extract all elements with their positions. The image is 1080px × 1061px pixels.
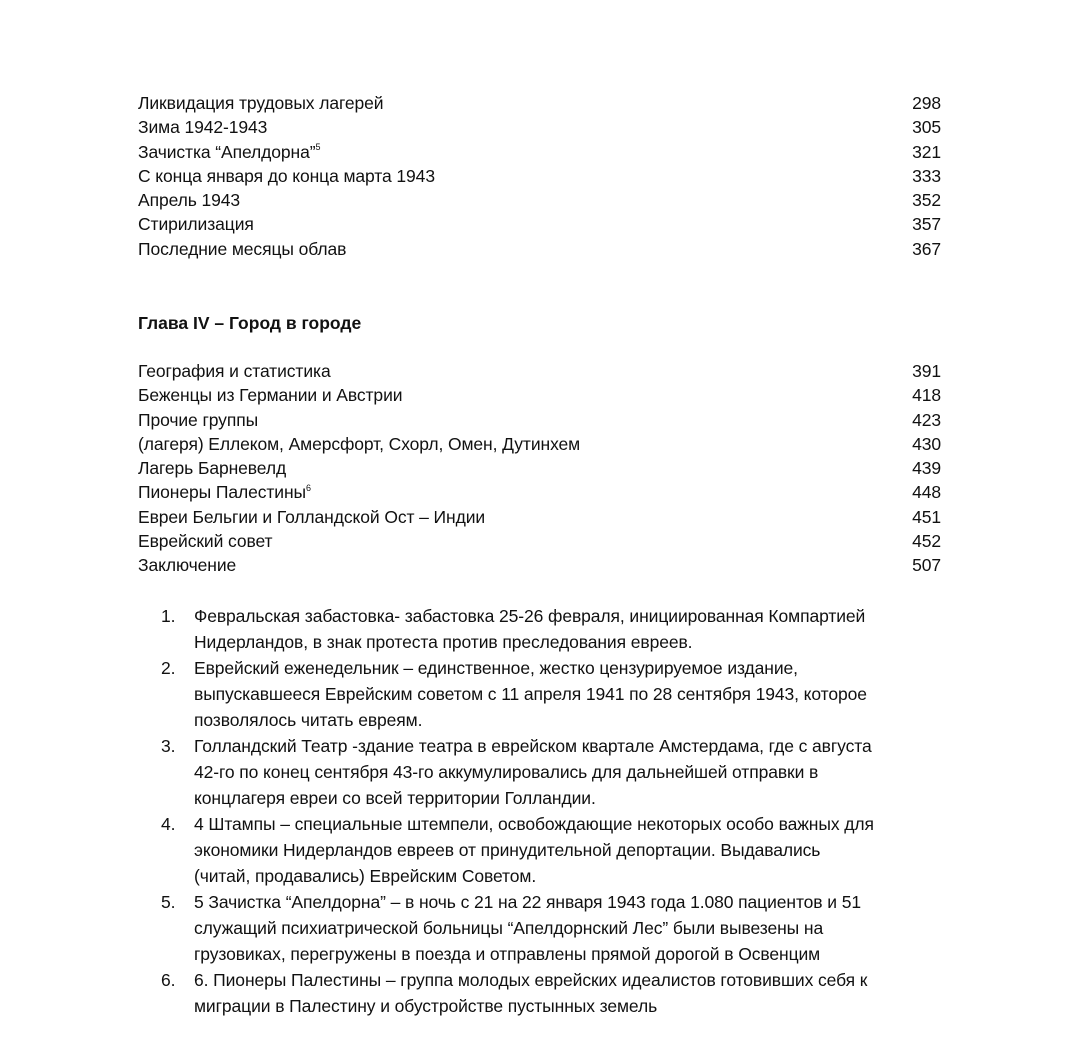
chapter-heading: Глава IV – Город в городе <box>138 311 361 335</box>
toc-entry-page: 448 <box>901 480 941 504</box>
toc-entry-page: 439 <box>901 456 941 480</box>
toc-entry: Последние месяцы облав 367 <box>138 237 941 261</box>
toc-entry-title: Беженцы из Германии и Австрии <box>138 383 402 407</box>
toc-entry-page: 507 <box>901 553 941 577</box>
toc-entry-page: 452 <box>901 529 941 553</box>
toc-entry-title: Еврейский совет <box>138 529 272 553</box>
toc-entry-title: Апрель 1943 <box>138 188 240 212</box>
toc-entry: Пионеры Палестины6 448 <box>138 480 941 504</box>
toc-entry: Зачистка “Апелдорна”5 321 <box>138 140 941 164</box>
footnote-number: 4. <box>138 811 194 889</box>
toc-entry-title: Ликвидация трудовых лагерей <box>138 91 383 115</box>
toc-entry-title: Лагерь Барневелд <box>138 456 286 480</box>
document-page: Ликвидация трудовых лагерей 298 Зима 194… <box>138 91 941 261</box>
toc-entry-title: Зачистка “Апелдорна”5 <box>138 140 320 164</box>
toc-entry: Стирилизация 357 <box>138 212 941 236</box>
footnote-number: 6. <box>138 967 194 1019</box>
toc-entry-page: 352 <box>901 188 941 212</box>
toc-entry-title: С конца января до конца марта 1943 <box>138 164 435 188</box>
footnote-number: 3. <box>138 733 194 811</box>
toc-entry-page: 391 <box>901 359 941 383</box>
toc-list-continued: Ликвидация трудовых лагерей 298 Зима 194… <box>138 91 941 261</box>
toc-list-chapter-4: География и статистика 391 Беженцы из Ге… <box>138 359 941 578</box>
toc-entry-page: 357 <box>901 212 941 236</box>
toc-entry-title: Евреи Бельгии и Голландской Ост – Индии <box>138 505 485 529</box>
toc-entry-title: Стирилизация <box>138 212 254 236</box>
footnote-number: 2. <box>138 655 194 733</box>
toc-entry-page: 298 <box>901 91 941 115</box>
footnotes-list: 1. Февральская забастовка- забастовка 25… <box>138 603 958 1019</box>
toc-entry-title: Прочие группы <box>138 408 258 432</box>
footnote: 1. Февральская забастовка- забастовка 25… <box>138 603 958 655</box>
toc-entry: Заключение 507 <box>138 553 941 577</box>
toc-entry-title: Зима 1942-1943 <box>138 115 267 139</box>
toc-entry: Беженцы из Германии и Австрии 418 <box>138 383 941 407</box>
toc-entry-title: Пионеры Палестины6 <box>138 480 311 504</box>
footnote-text: Голландский Театр -здание театра в еврей… <box>194 733 958 811</box>
toc-entry: Апрель 1943 352 <box>138 188 941 212</box>
footnote: 3. Голландский Театр -здание театра в ев… <box>138 733 958 811</box>
footnote-text: 5 Зачистка “Апелдорна” – в ночь с 21 на … <box>194 889 958 967</box>
toc-entry: Евреи Бельгии и Голландской Ост – Индии … <box>138 505 941 529</box>
toc-entry: Зима 1942-1943 305 <box>138 115 941 139</box>
toc-entry-page: 423 <box>901 408 941 432</box>
footnote: 6. 6. Пионеры Палестины – группа молодых… <box>138 967 958 1019</box>
toc-entry-title: (лагеря) Еллеком, Амерсфорт, Схорл, Омен… <box>138 432 580 456</box>
toc-entry-page: 418 <box>901 383 941 407</box>
footnote-reference: 6 <box>306 483 311 493</box>
toc-entry: Прочие группы 423 <box>138 408 941 432</box>
toc-entry-page: 430 <box>901 432 941 456</box>
toc-entry: (лагеря) Еллеком, Амерсфорт, Схорл, Омен… <box>138 432 941 456</box>
toc-entry-title: Последние месяцы облав <box>138 237 346 261</box>
toc-entry-page: 367 <box>901 237 941 261</box>
toc-entry-page: 451 <box>901 505 941 529</box>
footnote: 4. 4 Штампы – специальные штемпели, осво… <box>138 811 958 889</box>
toc-entry: Лагерь Барневелд 439 <box>138 456 941 480</box>
footnote-text: Февральская забастовка- забастовка 25-26… <box>194 603 958 655</box>
footnote-text: 6. Пионеры Палестины – группа молодых ев… <box>194 967 958 1019</box>
footnote-number: 1. <box>138 603 194 655</box>
footnote-reference: 5 <box>315 142 320 152</box>
toc-entry-title: Заключение <box>138 553 236 577</box>
footnote: 2. Еврейский еженедельник – единственное… <box>138 655 958 733</box>
toc-entry-title: География и статистика <box>138 359 331 383</box>
toc-entry: Еврейский совет 452 <box>138 529 941 553</box>
toc-entry: География и статистика 391 <box>138 359 941 383</box>
toc-entry-page: 305 <box>901 115 941 139</box>
toc-entry-page: 321 <box>901 140 941 164</box>
toc-entry: Ликвидация трудовых лагерей 298 <box>138 91 941 115</box>
footnote-text: Еврейский еженедельник – единственное, ж… <box>194 655 958 733</box>
footnote-number: 5. <box>138 889 194 967</box>
footnote: 5. 5 Зачистка “Апелдорна” – в ночь с 21 … <box>138 889 958 967</box>
toc-entry-page: 333 <box>901 164 941 188</box>
footnote-text: 4 Штампы – специальные штемпели, освобож… <box>194 811 958 889</box>
toc-entry: С конца января до конца марта 1943 333 <box>138 164 941 188</box>
